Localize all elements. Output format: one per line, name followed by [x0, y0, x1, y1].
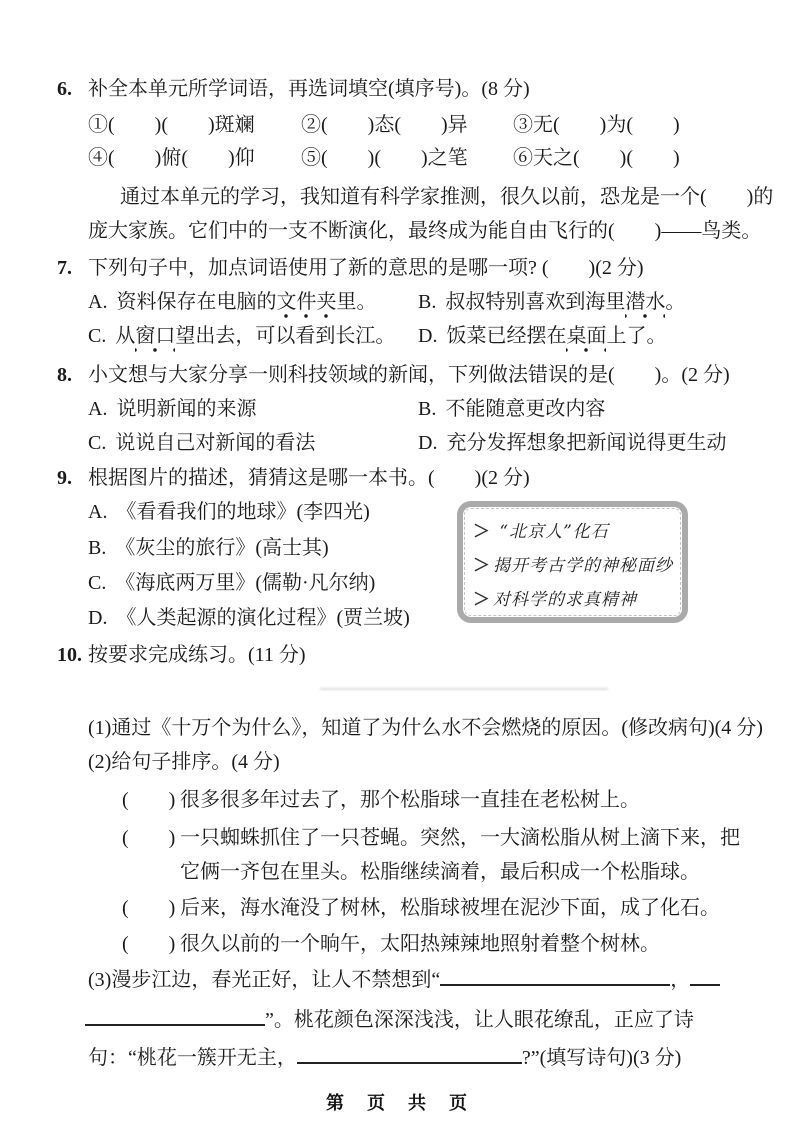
- option-7a-label: A.: [88, 285, 107, 319]
- order-text: 很久以前的一个晌午，太阳热辣辣地照射着整个树林。: [180, 927, 745, 961]
- question-9-text: 根据图片的描述，猜猜这是哪一本书。( )(2 分): [88, 467, 530, 489]
- question-6-word-row-2: ④( )俯( )仰 ⑤( )( )之笔 ⑥天之( )( ): [88, 141, 745, 175]
- word-blank-2: ②( )态( )异: [301, 108, 513, 142]
- question-10-sub3-line-3: 句：“桃花一簇开无主，?”(填写诗句)(3 分): [88, 1041, 745, 1075]
- option-7c-pre: 从: [115, 325, 135, 347]
- option-7c: C.从窗口望出去，可以看到长江。: [88, 319, 418, 353]
- question-7-text: 下列句子中，加点词语使用了新的意思的是哪一项? ( )(2 分): [88, 257, 644, 279]
- word-blank-5: ⑤( )( )之笔: [301, 141, 513, 175]
- order-bracket: ( ): [122, 783, 180, 817]
- option-8c-text: 说说自己对新闻的看法: [115, 432, 315, 454]
- option-8b-text: 不能随意更改内容: [445, 398, 605, 420]
- option-8a: A.说明新闻的来源: [88, 392, 418, 426]
- arrow-bullet-icon: ＞: [473, 590, 491, 610]
- question-6-title: 6.补全本单元所学词语，再选词填空(填序号)。(8 分): [57, 72, 745, 106]
- sub3-line3-text: 句：“桃花一簇开无主，: [88, 1047, 297, 1069]
- option-9c-label: C.: [88, 566, 106, 600]
- option-7b-emphasized: 潜水: [625, 291, 665, 319]
- question-9-title: 9.根据图片的描述，猜猜这是哪一本书。( )(2 分): [57, 461, 745, 495]
- order-bracket: ( ): [122, 821, 180, 889]
- option-7a-emphasized: 文件夹: [276, 291, 336, 319]
- option-7c-post: 望出去，可以看到长江。: [175, 325, 395, 347]
- book-hint-box-inner: ＞ “北京人”化石 ＞揭开考古学的神秘面纱 ＞对科学的求真精神: [464, 508, 681, 616]
- answer-blank-1: [440, 965, 670, 986]
- option-9d-label: D.: [88, 601, 107, 635]
- order-item-4: ( ) 很久以前的一个晌午，太阳热辣辣地照射着整个树林。: [122, 927, 745, 961]
- order-item-1: ( ) 很多很多年过去了，那个松脂球一直挂在老松树上。: [122, 783, 745, 817]
- option-8d: D.充分发挥想象把新闻说得更生动: [418, 426, 726, 460]
- option-7a-pre: 资料保存在电脑的: [116, 291, 276, 313]
- question-7-options-row-1: A.资料保存在电脑的文件夹里。 B.叔叔特别喜欢到海里潜水。: [88, 285, 745, 319]
- order-text: 很多很多年过去了，那个松脂球一直挂在老松树上。: [180, 783, 745, 817]
- option-7b: B.叔叔特别喜欢到海里潜水。: [418, 285, 685, 319]
- sub3-line3-end: ?”(填写诗句)(3 分): [522, 1047, 681, 1069]
- answer-blank-3: [85, 1005, 265, 1026]
- option-7d-pre: 饭菜已经摆在: [446, 325, 566, 347]
- option-7a-post: 里。: [336, 291, 376, 313]
- option-8a-label: A.: [88, 392, 107, 426]
- option-8d-label: D.: [418, 426, 437, 460]
- order-bracket: ( ): [122, 927, 180, 961]
- question-10-sub1: (1)通过《十万个为什么》，知道了为什么水不会燃烧的原因。(修改病句)(4 分): [88, 711, 745, 745]
- question-8-number: 8.: [57, 358, 88, 392]
- order-bracket: ( ): [122, 891, 180, 925]
- question-9-number: 9.: [57, 461, 88, 495]
- option-7d-label: D.: [418, 319, 437, 353]
- option-7b-post: 。: [665, 291, 685, 313]
- question-6-word-row-1: ①( )( )斑斓 ②( )态( )异 ③无( )为( ): [88, 108, 745, 142]
- question-7-options-row-2: C.从窗口望出去，可以看到长江。 D.饭菜已经摆在桌面上了。: [88, 319, 745, 353]
- hint-line-1-text: “北京人”化石: [493, 522, 609, 542]
- question-10-sub2: (2)给句子排序。(4 分): [88, 745, 745, 779]
- answer-blank-4: [297, 1043, 522, 1064]
- question-6-paragraph-line-2: 庞大家族。它们中的一支不断演化，最终成为能自由飞行的( )——鸟类。: [88, 214, 745, 248]
- question-10-sub3-line-2: ”。桃花颜色深深浅浅，让人眼花缭乱，正应了诗: [85, 1003, 745, 1037]
- option-7b-pre: 叔叔特别喜欢到海里: [445, 291, 625, 313]
- option-9b-text: 《灰尘的旅行》(高士其): [115, 537, 328, 559]
- question-10-number: 10.: [57, 638, 88, 672]
- question-10-text: 按要求完成练习。(11 分): [88, 644, 306, 666]
- page-footer: 第 页 共 页: [57, 1086, 745, 1120]
- option-8b: B.不能随意更改内容: [418, 392, 605, 426]
- option-7c-label: C.: [88, 319, 106, 353]
- question-6-paragraph-line-1: 通过本单元的学习，我知道有科学家推测，很久以前，恐龙是一个( )的: [120, 180, 745, 214]
- option-7d-post: 上了。: [606, 325, 666, 347]
- order-item-2: ( ) 一只蜘蛛抓住了一只苍蝇。突然，一大滴松脂从树上滴下来，把 它俩一齐包在里…: [122, 821, 745, 889]
- sub3-line2-text: ”。桃花颜色深深浅浅，让人眼花缭乱，正应了诗: [265, 1009, 694, 1031]
- question-8-title: 8.小文想与大家分享一则科技领域的新闻，下列做法错误的是( )。(2 分): [57, 358, 745, 392]
- option-8d-text: 充分发挥想象把新闻说得更生动: [446, 432, 726, 454]
- book-hint-box: ＞ “北京人”化石 ＞揭开考古学的神秘面纱 ＞对科学的求真精神: [457, 501, 688, 623]
- hint-line-3: ＞对科学的求真精神: [473, 583, 672, 617]
- question-10-title: 10.按要求完成练习。(11 分): [57, 638, 745, 672]
- option-9c-text: 《海底两万里》(儒勒·凡尔纳): [115, 572, 375, 594]
- option-8c: C.说说自己对新闻的看法: [88, 426, 418, 460]
- word-blank-1: ①( )( )斑斓: [88, 108, 301, 142]
- hint-line-2-text: 揭开考古学的神秘面纱: [493, 556, 673, 576]
- word-blank-6: ⑥天之( )( ): [513, 141, 680, 175]
- option-8c-label: C.: [88, 426, 106, 460]
- hint-line-2: ＞揭开考古学的神秘面纱: [473, 549, 672, 583]
- option-7c-emphasized: 窗口: [135, 325, 175, 353]
- option-8b-label: B.: [418, 392, 436, 426]
- option-7d: D.饭菜已经摆在桌面上了。: [418, 319, 666, 353]
- word-blank-4: ④( )俯( )仰: [88, 141, 301, 175]
- sub3-line1-comma: ，: [670, 969, 690, 991]
- hint-line-3-text: 对科学的求真精神: [493, 590, 637, 610]
- order-item-3: ( ) 后来，海水淹没了树林，松脂球被埋在泥沙下面，成了化石。: [122, 891, 745, 925]
- question-6-text: 补全本单元所学词语，再选词填空(填序号)。(8 分): [88, 78, 530, 100]
- option-7b-label: B.: [418, 285, 436, 319]
- sub3-line1-text: (3)漫步江边，春光正好，让人不禁想到“: [88, 969, 440, 991]
- option-9d-text: 《人类起源的演化过程》(贾兰坡): [116, 607, 409, 629]
- question-6-number: 6.: [57, 72, 88, 106]
- scan-bleed-artifact: [320, 688, 608, 690]
- arrow-bullet-icon: ＞: [473, 522, 491, 542]
- question-7-title: 7.下列句子中，加点词语使用了新的意思的是哪一项? ( )(2 分): [57, 251, 745, 285]
- test-paper-page: 6.补全本单元所学词语，再选词填空(填序号)。(8 分) ①( )( )斑斓 ②…: [0, 0, 793, 1122]
- option-8a-text: 说明新闻的来源: [116, 398, 256, 420]
- question-8-options-row-2: C.说说自己对新闻的看法 D.充分发挥想象把新闻说得更生动: [88, 426, 745, 460]
- word-blank-3: ③无( )为( ): [513, 108, 680, 142]
- question-10-sub3-line-1: (3)漫步江边，春光正好，让人不禁想到“，: [88, 963, 745, 997]
- answer-blank-2: [690, 965, 720, 986]
- option-7d-emphasized: 桌面: [566, 325, 606, 353]
- arrow-bullet-icon: ＞: [473, 556, 491, 576]
- order-text: 一只蜘蛛抓住了一只苍蝇。突然，一大滴松脂从树上滴下来，把 它俩一齐包在里头。松脂…: [180, 821, 745, 889]
- option-7a: A.资料保存在电脑的文件夹里。: [88, 285, 418, 319]
- option-9b-label: B.: [88, 531, 106, 565]
- option-9a-label: A.: [88, 495, 107, 529]
- question-7-number: 7.: [57, 251, 88, 285]
- question-8-text: 小文想与大家分享一则科技领域的新闻，下列做法错误的是( )。(2 分): [88, 364, 730, 386]
- question-8-options-row-1: A.说明新闻的来源 B.不能随意更改内容: [88, 392, 745, 426]
- hint-line-1: ＞ “北京人”化石: [473, 515, 672, 549]
- order-text: 后来，海水淹没了树林，松脂球被埋在泥沙下面，成了化石。: [180, 891, 745, 925]
- option-9a-text: 《看看我们的地球》(李四光): [116, 501, 369, 523]
